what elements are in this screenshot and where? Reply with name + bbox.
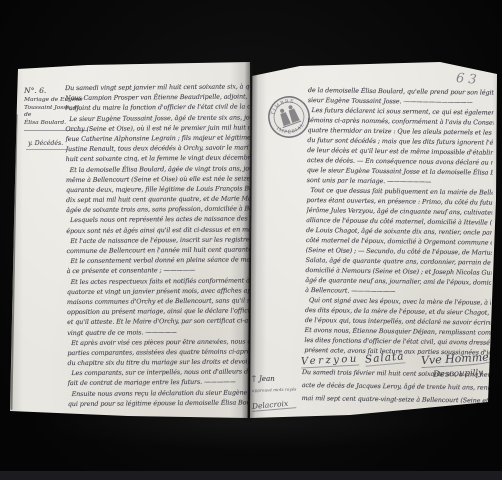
marriage-act-text-right: de la demoiselle Élisa Boulard, qu'elle … <box>304 85 494 360</box>
marriage-act-text-left: Du samedi vingt sept janvier mil huit ce… <box>65 81 255 419</box>
page-number: 63 <box>455 71 481 88</box>
signature-hommeau: Vve Hommeau <box>421 350 502 368</box>
register-right-page: TIMBRE IMPÉRIAL 63 de la demoiselle Élis… <box>246 60 502 420</box>
manuscript-line: et qu'il atteste. Et le Maire d'Orchy, p… <box>67 316 254 328</box>
margin-note-rule <box>26 149 68 150</box>
scanned-register-photo: N°. 6. Mariage de EugèneToussaint Josse,… <box>0 0 502 480</box>
annotation-signature-delacroix: Delacroix <box>252 398 297 412</box>
signature-salata: Salata <box>365 350 406 366</box>
page-edge-shadow <box>10 114 17 410</box>
scan-bottom-band <box>0 471 502 480</box>
register-left-page: N°. 6. Mariage de EugèneToussaint Josse,… <box>8 62 252 419</box>
manuscript-line: qui prend pour sa légitime épouse la dem… <box>68 397 255 409</box>
annotation-name: Jean <box>259 375 275 383</box>
